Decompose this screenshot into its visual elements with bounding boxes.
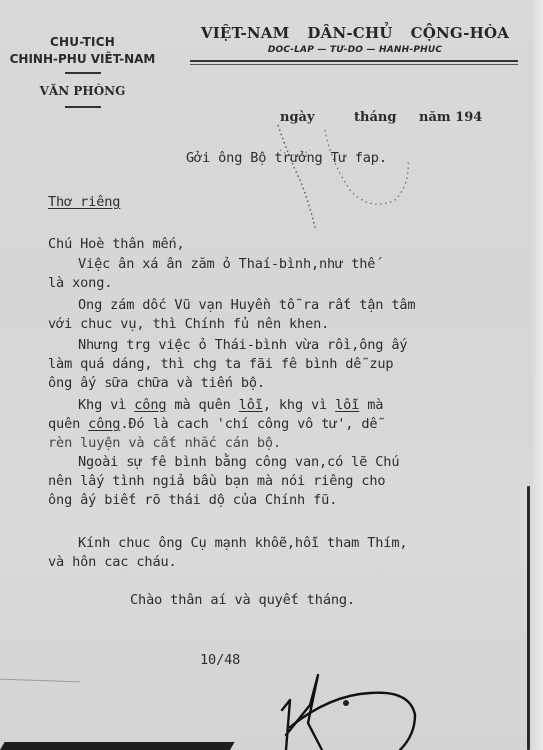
text-run: .Đó là cach 'chí công vô tư', dễ bbox=[120, 416, 377, 432]
subject-line: Thơ riêng bbox=[48, 194, 120, 210]
month-label: tháng bbox=[354, 110, 419, 125]
page-shadow bbox=[0, 742, 235, 750]
double-rule bbox=[190, 60, 518, 65]
emphasis: lỗi bbox=[239, 397, 263, 413]
body-line: Ong zám dốc Vũ vạn Huyền tỗ ra rất tận t… bbox=[78, 297, 415, 313]
country-word: VIỆT-NAM bbox=[201, 24, 290, 42]
body-line: với chuc vụ, thì Chính fủ nên khen. bbox=[48, 316, 329, 332]
letterhead-right: VIỆT-NAMDÂN-CHỦCỘNG-HÒA DOC-LAP — TƯ-DO … bbox=[190, 24, 520, 65]
body-line: Khg vì công mà quên lỗi, khg vì lỗi mà bbox=[78, 397, 383, 413]
paper-edge bbox=[529, 0, 543, 750]
text-run: , khg vì bbox=[263, 397, 335, 413]
text-run: mà bbox=[359, 397, 383, 413]
text-run: quên bbox=[48, 416, 88, 432]
office-title: CHU-TICH bbox=[0, 35, 165, 49]
text-run: Khg vì bbox=[78, 397, 134, 413]
emphasis: lỗi bbox=[335, 397, 359, 413]
body-line: rèn luyện và cất nhắc cán bộ. bbox=[48, 435, 281, 451]
body-line: ông ấy sữa chữa và tiến bộ. bbox=[48, 375, 265, 391]
date-line: ngàythángnăm 194 bbox=[280, 110, 482, 125]
paper-edge-shadow bbox=[527, 486, 530, 750]
closing-line: và hôn cac cháu. bbox=[48, 554, 177, 570]
letterhead-left: CHU-TICH CHINH-PHU VIÊT-NAM VĂN PHÒNG bbox=[0, 35, 165, 108]
salutation: Chú Hoè thân mến, bbox=[48, 236, 185, 252]
body-line: ông ấy biết rõ thái dộ của Chính fũ. bbox=[48, 492, 337, 508]
country-name: VIỆT-NAMDÂN-CHỦCỘNG-HÒA bbox=[190, 24, 520, 42]
office-subtitle: CHINH-PHU VIÊT-NAM bbox=[0, 52, 165, 66]
body-line: nên lấy tình ngiả bầu bạn mà nói riêng c… bbox=[48, 473, 385, 489]
body-line: là xong. bbox=[48, 275, 112, 291]
country-word: CỘNG-HÒA bbox=[411, 24, 510, 42]
reference-number: 10/48 bbox=[200, 652, 240, 668]
text-run: mà quên bbox=[166, 397, 238, 413]
divider bbox=[65, 106, 101, 108]
office-name: VĂN PHÒNG bbox=[0, 84, 165, 98]
year-label: năm 194 bbox=[419, 110, 482, 125]
recipient-line: Gởi ông Bộ trưởng Tư fap. bbox=[186, 150, 387, 166]
closing-line: Kính chuc ông Cụ mạnh khỗe,hỗi tham Thím… bbox=[78, 535, 407, 551]
emphasis: công bbox=[134, 397, 166, 413]
body-line: Việc ân xá ân zăm ỏ Thaí-bình,như thế bbox=[78, 256, 375, 272]
body-line: Nhưng trg việc ỏ Thái-bình vừa rồi,ông ấ… bbox=[78, 337, 407, 353]
stamp-mark bbox=[270, 120, 420, 230]
body-line: Ngoài sự fê bình bằng công van,có lẽ Chú bbox=[78, 454, 399, 470]
body-line: làm quá dáng, thì chg ta fãi fê bình dễ … bbox=[48, 356, 393, 372]
valediction: Chào thân aí và quyết tháng. bbox=[130, 592, 355, 608]
emphasis: công bbox=[88, 416, 120, 432]
signature bbox=[270, 665, 430, 750]
body-line: quên công.Đó là cach 'chí công vô tư', d… bbox=[48, 416, 377, 432]
document-page: CHU-TICH CHINH-PHU VIÊT-NAM VĂN PHÒNG VI… bbox=[0, 0, 543, 750]
national-motto: DOC-LAP — TƯ-DO — HANH-PHUC bbox=[190, 45, 520, 55]
day-label: ngày bbox=[280, 110, 354, 125]
fold-line bbox=[0, 679, 80, 683]
divider bbox=[65, 72, 101, 74]
country-word: DÂN-CHỦ bbox=[307, 24, 392, 42]
